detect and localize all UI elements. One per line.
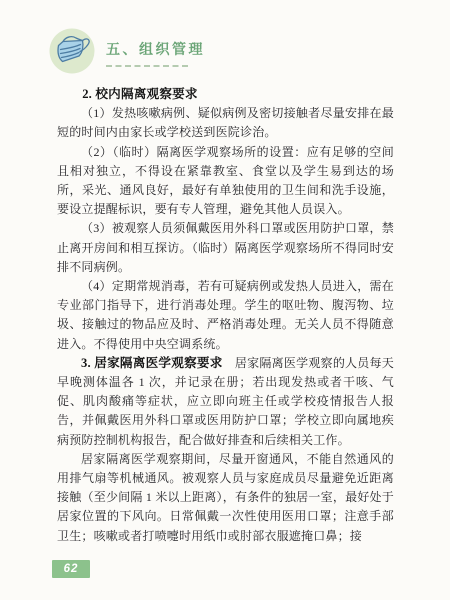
subsection-heading-home-isolation: 3. 居家隔离医学观察要求 <box>81 356 223 370</box>
section-title: 五、组织管理 <box>106 39 205 59</box>
subsection-heading-campus-isolation: 2. 校内隔离观察要求 <box>57 85 394 104</box>
section-header-underline <box>106 65 190 67</box>
paragraph-home-isolation: 3. 居家隔离医学观察要求 居家隔离医学观察的人员每天早晚测体温各 1 次，并记… <box>57 354 394 450</box>
paragraph-item-1: （1）发热咳嗽病例、疑似病例及密切接触者尽量安排在最短的时间内由家长或学校送到医… <box>57 104 394 142</box>
paragraph-item-3: （3）被观察人员须佩戴医用外科口罩或医用防护口罩，禁止离开房间和相互探访。（临时… <box>57 219 394 277</box>
page-number-badge: 62 <box>52 560 90 578</box>
paragraph-item-2: （2）（临时）隔离医学观察场所的设置：应有足够的空间且相对独立，不得设在紧靠教室… <box>57 143 394 220</box>
book-page: 五、组织管理 2. 校内隔离观察要求 （1）发热咳嗽病例、疑似病例及密切接触者尽… <box>0 0 450 600</box>
page-body-text: 2. 校内隔离观察要求 （1）发热咳嗽病例、疑似病例及密切接触者尽量安排在最短的… <box>57 85 394 546</box>
paragraph-item-4: （4）定期常规消毒，若有可疑病例或发热人员进入，需在专业部门指导下，进行消毒处理… <box>57 277 394 354</box>
face-mask-icon <box>48 27 96 75</box>
section-header-titleblock: 五、组织管理 <box>106 39 205 67</box>
paragraph-home-isolation-period: 居家隔离医学观察期间，尽量开窗通风，不能自然通风的用排气扇等机械通风。被观察人员… <box>57 450 394 546</box>
